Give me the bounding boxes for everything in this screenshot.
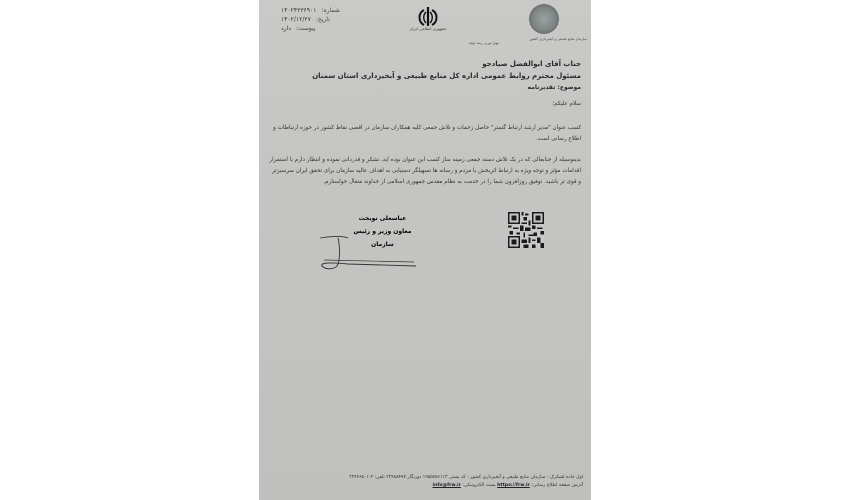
letter-subject: موضوع: تقدیرنامه [281, 82, 581, 94]
date-value: ۱۴۰۲/۱۲/۲۷ [281, 15, 311, 24]
website-link[interactable]: https://frw.ir [497, 483, 530, 488]
footer-contacts: آدرس صفحه اطلاع رسانی: https://frw.ir پس… [273, 482, 583, 490]
organization-caption: سازمان منابع طبیعی و آبخیزداری کشور [495, 37, 587, 41]
website-label: آدرس صفحه اطلاع رسانی: [531, 483, 583, 488]
addressee-position: مسئول محترم روابط عمومی اداره کل منابع ط… [281, 70, 581, 82]
letter-meta: شماره: ۱۴۰۲۴۲۳۶۹۰۱ تاریخ: ۱۴۰۲/۱۲/۲۷ پیو… [281, 6, 391, 33]
qr-code-icon[interactable] [508, 212, 544, 248]
date-row: تاریخ: ۱۴۰۲/۱۲/۲۷ [281, 15, 391, 24]
attachment-label: پیوست: [296, 24, 316, 33]
body-paragraph-1: کسب عنوان "مدیر ارشد ارتباط گستر" حاصل ز… [269, 123, 581, 145]
date-label: تاریخ: [316, 15, 330, 24]
addressee-block: جناب آقای ابوالفضل صیادجو مسئول محترم رو… [281, 58, 581, 94]
handwritten-signature-icon [318, 236, 418, 276]
number-value: ۱۴۰۲۴۲۳۶۹۰۱ [281, 6, 316, 15]
letter-page: شماره: ۱۴۰۲۴۲۳۶۹۰۱ تاریخ: ۱۴۰۲/۱۲/۲۷ پیو… [259, 0, 591, 500]
number-row: شماره: ۱۴۰۲۴۲۳۶۹۰۱ [281, 6, 391, 15]
addressee-name: جناب آقای ابوالفضل صیادجو [281, 58, 581, 70]
emblem-caption: جمهوری اسلامی ایران [409, 26, 447, 31]
organization-logo-icon [529, 4, 559, 34]
attachment-row: پیوست: دارد [281, 24, 391, 33]
attachment-value: دارد [281, 24, 291, 33]
year-slogan: مهار تورم، رشد تولید [429, 41, 499, 45]
email-label: پست الکترونیکی: [462, 483, 495, 488]
signatory-name: عباسعلی نوبخت [345, 212, 420, 225]
email-link[interactable]: info@frw.ir [433, 483, 461, 488]
greeting: سلام علیکم؛ [269, 99, 581, 110]
number-label: شماره: [321, 6, 339, 15]
footer-address: اول جاده لشکرک - سازمان منابع طبیعی و آب… [273, 474, 583, 482]
body-paragraph-2: بدینوسیله از جنابعالی که در یک تلاش دسته… [269, 155, 581, 188]
letter-footer: اول جاده لشکرک - سازمان منابع طبیعی و آب… [273, 474, 583, 490]
